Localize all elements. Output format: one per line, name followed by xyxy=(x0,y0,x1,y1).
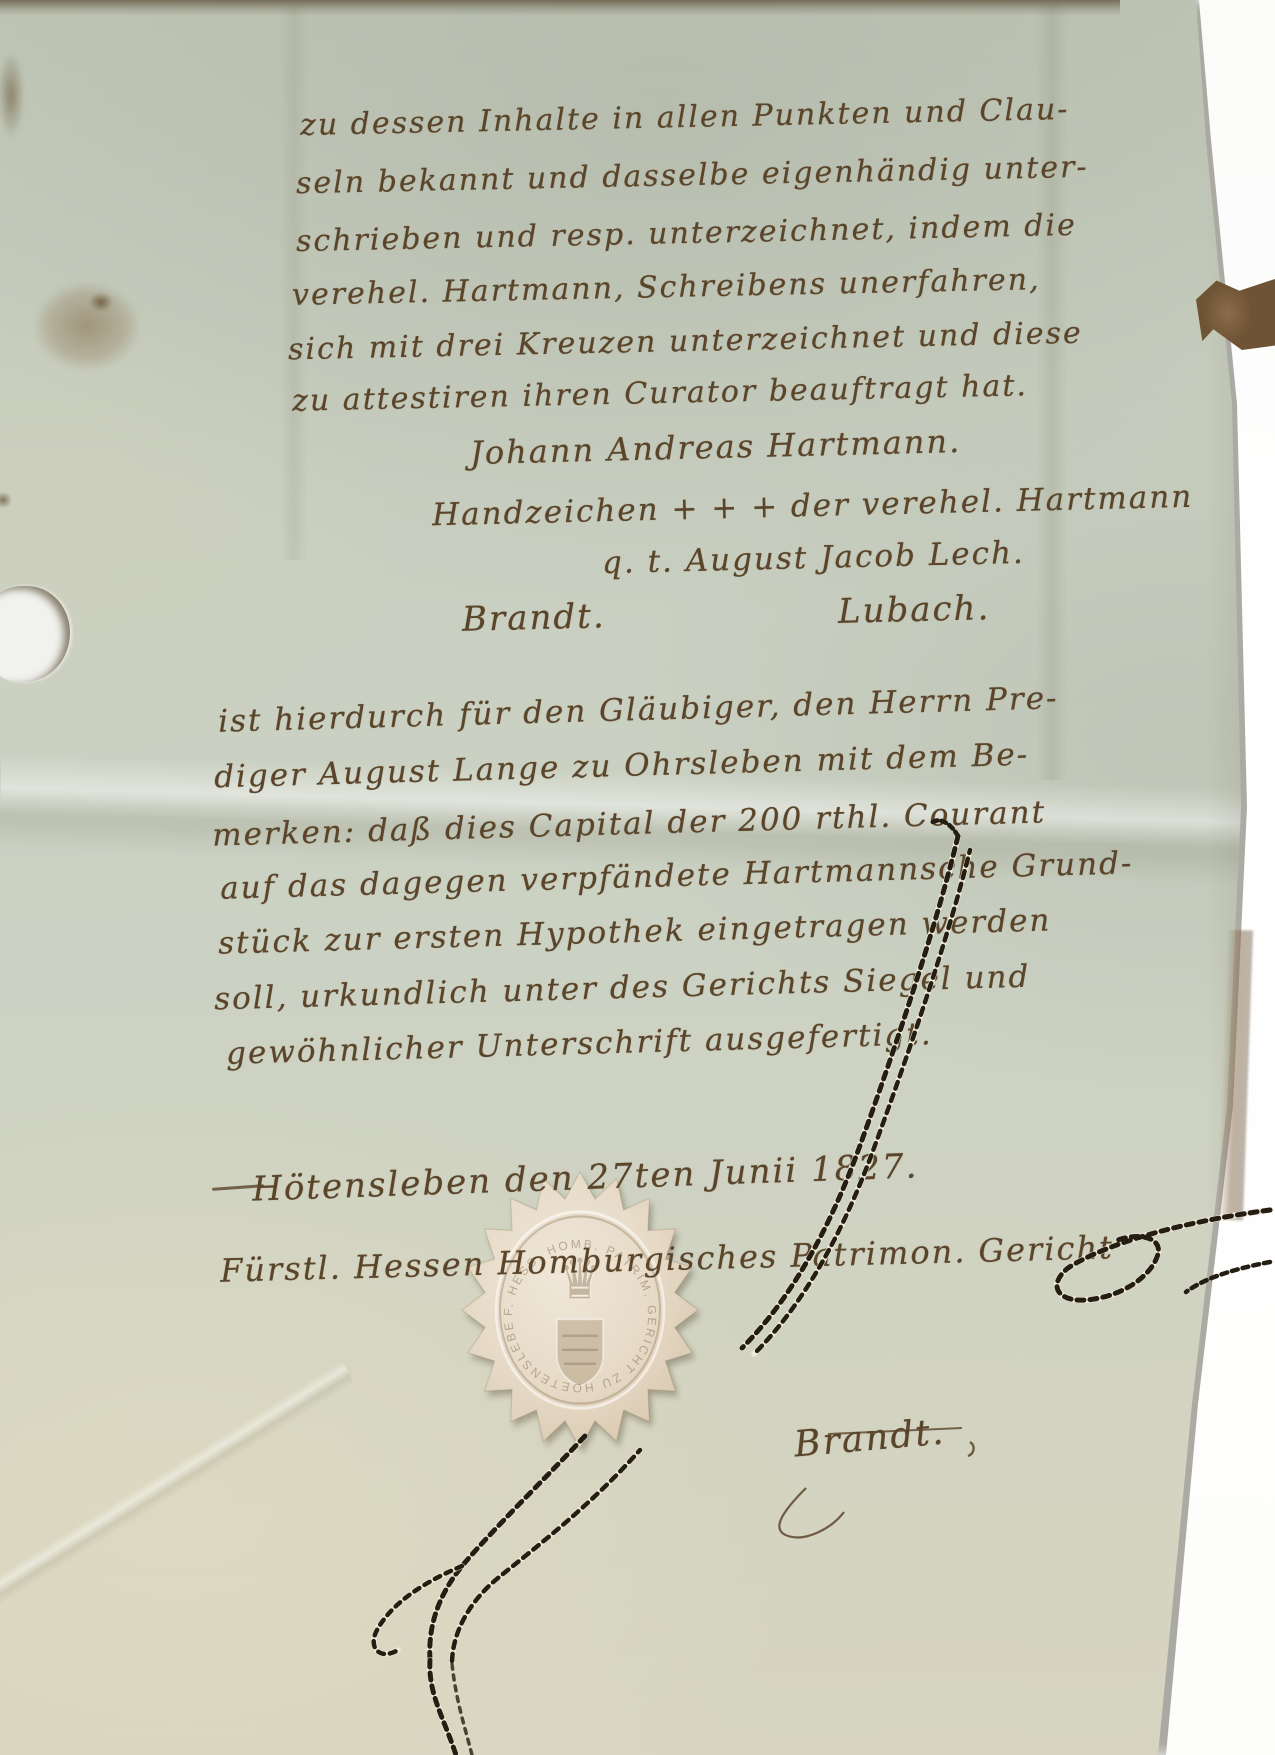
manuscript-line: verehel. Hartmann, Schreibens unerfahren… xyxy=(292,262,1041,313)
attestation-name: Johann Andreas Hartmann. xyxy=(470,422,962,472)
manuscript-line: zu attestiren ihren Curator beauftragt h… xyxy=(292,368,1028,418)
manuscript-line: auf das dagegen verpfändete Hartmannsche… xyxy=(220,845,1134,906)
handmark-line: Handzeichen + + + der verehel. Hartmann xyxy=(432,479,1194,534)
manuscript-line: sich mit drei Kreuzen unterzeichnet und … xyxy=(288,316,1083,368)
manuscript-line: diger August Lange zu Ohrsleben mit dem … xyxy=(214,737,1030,796)
manuscript-line: gewöhnlicher Unterschrift ausgefertigt. xyxy=(226,1016,933,1072)
manuscript-line: merken: daß dies Capital der 200 rthl. C… xyxy=(212,794,1047,853)
manuscript-line: soll, urkundlich unter des Gerichts Sieg… xyxy=(214,959,1031,1018)
witness-signature-right: Lubach. xyxy=(838,588,991,632)
scanned-document-page: ♛ F. HESS. HOMB. PATRIM. GERICHT ZU HOET… xyxy=(0,0,1275,1755)
dateline: Hötensleben den 27ten Junii 1827. xyxy=(252,1146,919,1209)
manuscript-line: ist hierdurch für den Gläubiger, den Her… xyxy=(218,680,1059,739)
manuscript-line: seln bekannt und dasselbe eigenhändig un… xyxy=(296,150,1089,202)
court-line: Fürstl. Hessen Homburgisches Patrimon. G… xyxy=(220,1228,1115,1289)
manuscript-line: schrieben und resp. unterzeichnet, indem… xyxy=(296,208,1077,259)
curator-signature: q. t. August Jacob Lech. xyxy=(602,535,1026,581)
manuscript-line: stück zur ersten Hypothek eingetragen we… xyxy=(218,902,1052,961)
manuscript-line: zu dessen Inhalte in allen Punkten und C… xyxy=(300,92,1070,143)
witness-signature-left: Brandt. xyxy=(462,596,607,639)
